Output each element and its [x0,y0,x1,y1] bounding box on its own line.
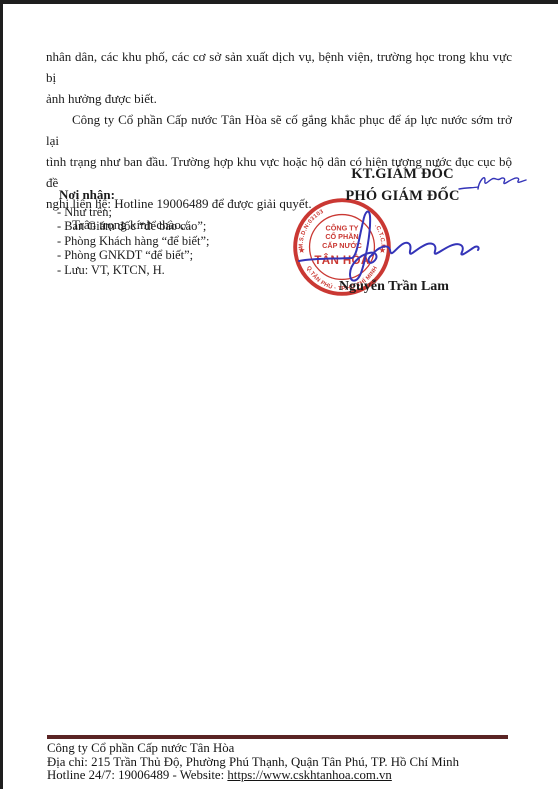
stamp-center-line2: CỔ PHẦN [325,231,358,241]
document-page: nhân dân, các khu phố, các cơ sở sản xuấ… [0,0,558,789]
footer-block: Công ty Cổ phần Cấp nước Tân Hòa Địa chỉ… [47,735,527,783]
body-line: nhân dân, các khu phố, các cơ sở sản xuấ… [46,46,512,88]
footer-hotline-label: Hotline 24/7: 19006489 - Website: [47,768,227,782]
signature-title-acting-director: KT.GIÁM ĐỐC [300,166,505,183]
recipient-item: - Như trên; [57,205,209,219]
stamp-center-line3: CẤP NƯỚC [322,240,362,250]
stamp-arc-top-left-text: M.S.D.N:03103 [298,209,325,249]
recipients-block: Nơi nhận: - Như trên; - Ban Giám đốc “để… [57,187,209,277]
stamp-star-right-icon: ★ [379,247,386,255]
stamp-center-line1: CÔNG TY [326,223,359,232]
footer-company-name: Công ty Cổ phần Cấp nước Tân Hòa [47,742,527,756]
body-line: Công ty Cổ phần Cấp nước Tân Hòa sẽ cố g… [46,109,512,151]
signature-title-deputy-director: PHÓ GIÁM ĐỐC [300,188,505,205]
body-line: ảnh hưởng được biết. [46,88,512,109]
signer-name: Nguyễn Trần Lam [288,279,500,295]
recipient-item: - Phòng Khách hàng “để biết”; [57,234,209,248]
stamp-star-left-icon: ★ [299,247,306,255]
footer-address: Địa chỉ: 215 Trần Thủ Độ, Phường Phú Thạ… [47,756,527,770]
page-top-border [0,0,558,4]
recipient-item: - Ban Giám đốc “để báo cáo”; [57,219,209,233]
recipient-item: - Lưu: VT, KTCN, H. [57,263,209,277]
page-left-border [0,0,3,789]
footer-divider-rule [47,735,508,739]
footer-website-link[interactable]: https://www.cskhtanhoa.com.vn [227,768,391,782]
stamp-center-company-name: TÂN HÒA [314,254,370,267]
recipient-item: - Phòng GNKDT “để biết”; [57,248,209,262]
footer-hotline-line: Hotline 24/7: 19006489 - Website: https:… [47,769,527,783]
recipients-header: Nơi nhận: [59,187,209,203]
